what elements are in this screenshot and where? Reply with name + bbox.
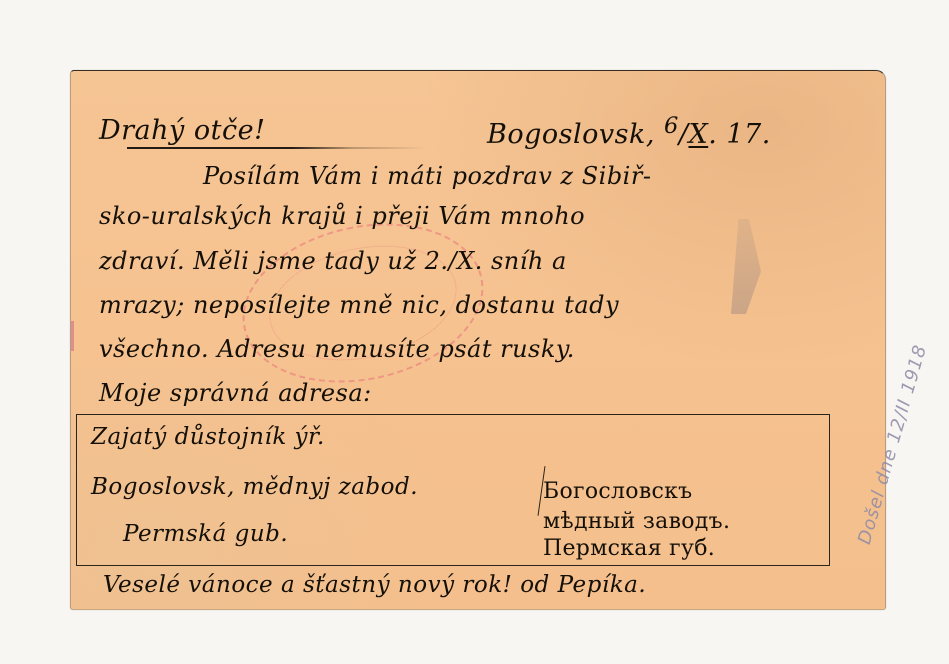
- address-russian-line-1: Богословскъ: [543, 481, 692, 503]
- date-year: . 17.: [708, 119, 771, 150]
- address-czech-line-3: Permská gub.: [123, 523, 288, 546]
- body-line-3: zdraví. Měli jsme tady už 2./X. sníh a: [99, 249, 567, 273]
- address-czech-line-1: Zajatý důstojník ýř.: [91, 426, 325, 449]
- date-month: X: [688, 119, 708, 150]
- body-line-6: Moje správná adresa:: [99, 381, 372, 405]
- closing-line: Veselé vánoce a šťastný nový rok! od Pep…: [103, 574, 646, 597]
- place-and-date: Bogoslovsk, 6/X. 17.: [487, 115, 771, 148]
- body-line-1: Posílám Vám i máti pozdrav z Sibiř-: [203, 164, 651, 188]
- body-line-2: sko-uralských krajů i přeji Vám mnoho: [99, 204, 585, 228]
- gray-smudge-mark: [731, 219, 761, 314]
- place: Bogoslovsk,: [487, 119, 655, 150]
- address-czech-line-2: Bogoslovsk, mědnyj zabod.: [91, 476, 418, 499]
- body-line-5: všechno. Adresu nemusíte psát rusky.: [99, 337, 575, 361]
- address-russian-line-2: мѣдный заводъ.: [543, 511, 730, 533]
- pink-edge-mark: [71, 321, 74, 351]
- postcard: Drahý otče! Bogoslovsk, 6/X. 17. Posílám…: [70, 70, 886, 610]
- greeting-underline: [127, 147, 427, 149]
- greeting: Drahý otče!: [99, 117, 265, 144]
- date-day: 6: [664, 113, 679, 139]
- pencil-receipt-note: Došel dne 12/II 1918: [854, 342, 931, 547]
- address-russian-line-3: Пермская губ.: [543, 538, 715, 560]
- body-line-4: mrazy; neposílejte mně nic, dostanu tady: [99, 293, 619, 317]
